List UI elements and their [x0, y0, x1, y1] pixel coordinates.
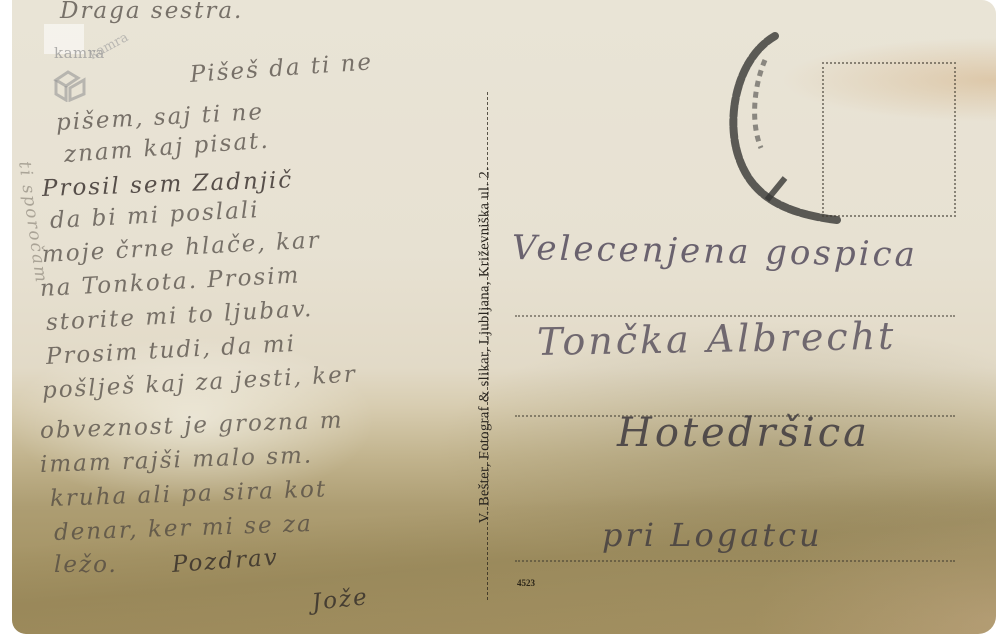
message-line: obveznost je grozna m [40, 407, 344, 444]
message-line: na Tonkota. Prosim [39, 262, 301, 302]
message-line: Pišeš da ti ne [189, 49, 374, 88]
message-line: da bi mi poslali [49, 197, 260, 234]
message-closing: Pozdrav [171, 545, 279, 578]
serial-number: 4523 [517, 578, 535, 588]
message-line: storite mi to ljubav. [45, 296, 314, 336]
message-line: denar, ker mi se za [54, 511, 314, 546]
postcard-back: kamra kamra ti sporočam Draga sestra. Pi… [12, 0, 996, 634]
stamp-placeholder [822, 62, 956, 217]
publisher-imprint: V. Bešter, Fotograf & slikar, Ljubljana,… [477, 167, 494, 523]
address-post: pri Logatcu [602, 516, 823, 554]
message-line: kruha ali pa sira kot [50, 476, 328, 512]
message-line: pošlješ kaj za jesti, ker [41, 362, 357, 404]
message-line: moje črne hlače, kar [41, 227, 321, 268]
address-line-3 [515, 560, 955, 562]
cube-logo-icon [52, 66, 92, 102]
kamra-watermark: kamra kamra [42, 18, 132, 98]
address-name: Tončka Albrecht [537, 314, 897, 364]
message-line: ležo. [54, 552, 118, 578]
address-street: Hotedršica [617, 410, 870, 456]
message-line: imam rajši malo sm. [40, 442, 314, 478]
message-signature: Jože [311, 584, 370, 616]
watermark-text-secondary: kamra [87, 30, 131, 63]
message-line: Prosim tudi, da mi [45, 331, 296, 370]
address-salutation: Velecenjena gospica [512, 228, 919, 275]
message-line: Draga sestra. [60, 0, 243, 24]
